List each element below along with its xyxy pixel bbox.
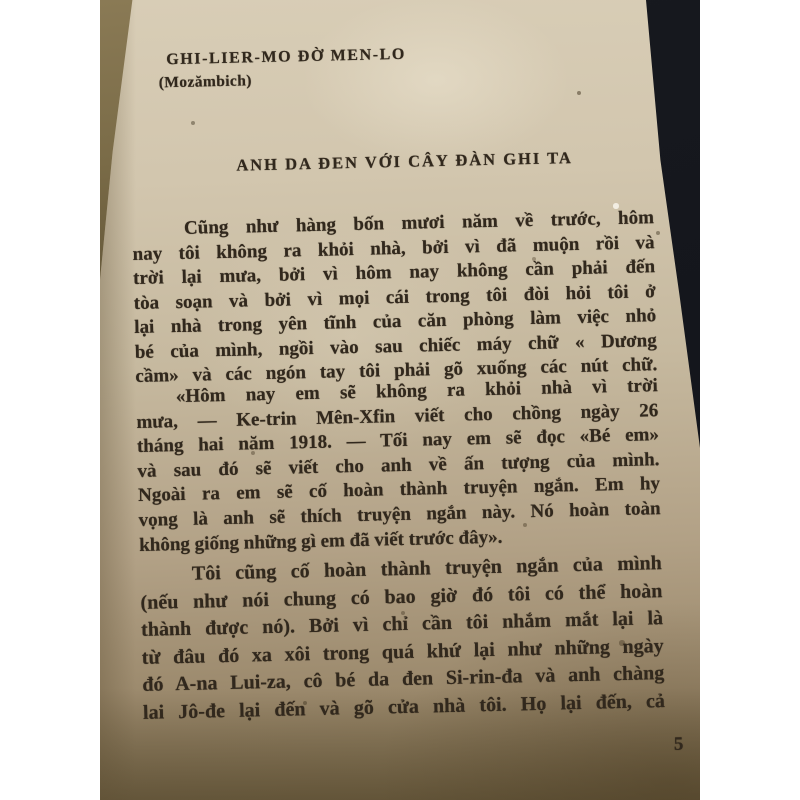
photo-canvas: GHI-LIER-MO ĐỜ MEN-LO (Mozămbich) ANH DA…: [0, 0, 800, 800]
page-number: 5: [674, 734, 684, 756]
paragraph-3: Tôi cũng cố hoàn thành truyện ngắn của m…: [140, 550, 666, 727]
story-title: ANH DA ĐEN VỚI CÂY ĐÀN GHI TA: [194, 147, 614, 177]
paragraph-1: Cũng như hàng bốn mươi năm về trước, hôm…: [132, 206, 658, 389]
author-origin: (Mozămbich): [159, 72, 252, 92]
paper-page: GHI-LIER-MO ĐỜ MEN-LO (Mozămbich) ANH DA…: [100, 0, 700, 800]
author-name: GHI-LIER-MO ĐỜ MEN-LO: [166, 46, 406, 69]
paragraph-2: «Hôm nay em sẽ không ra khỏi nhà vì trời…: [136, 374, 662, 558]
book-page-photo: GHI-LIER-MO ĐỜ MEN-LO (Mozămbich) ANH DA…: [100, 0, 700, 800]
printed-content: GHI-LIER-MO ĐỜ MEN-LO (Mozămbich) ANH DA…: [100, 0, 700, 800]
